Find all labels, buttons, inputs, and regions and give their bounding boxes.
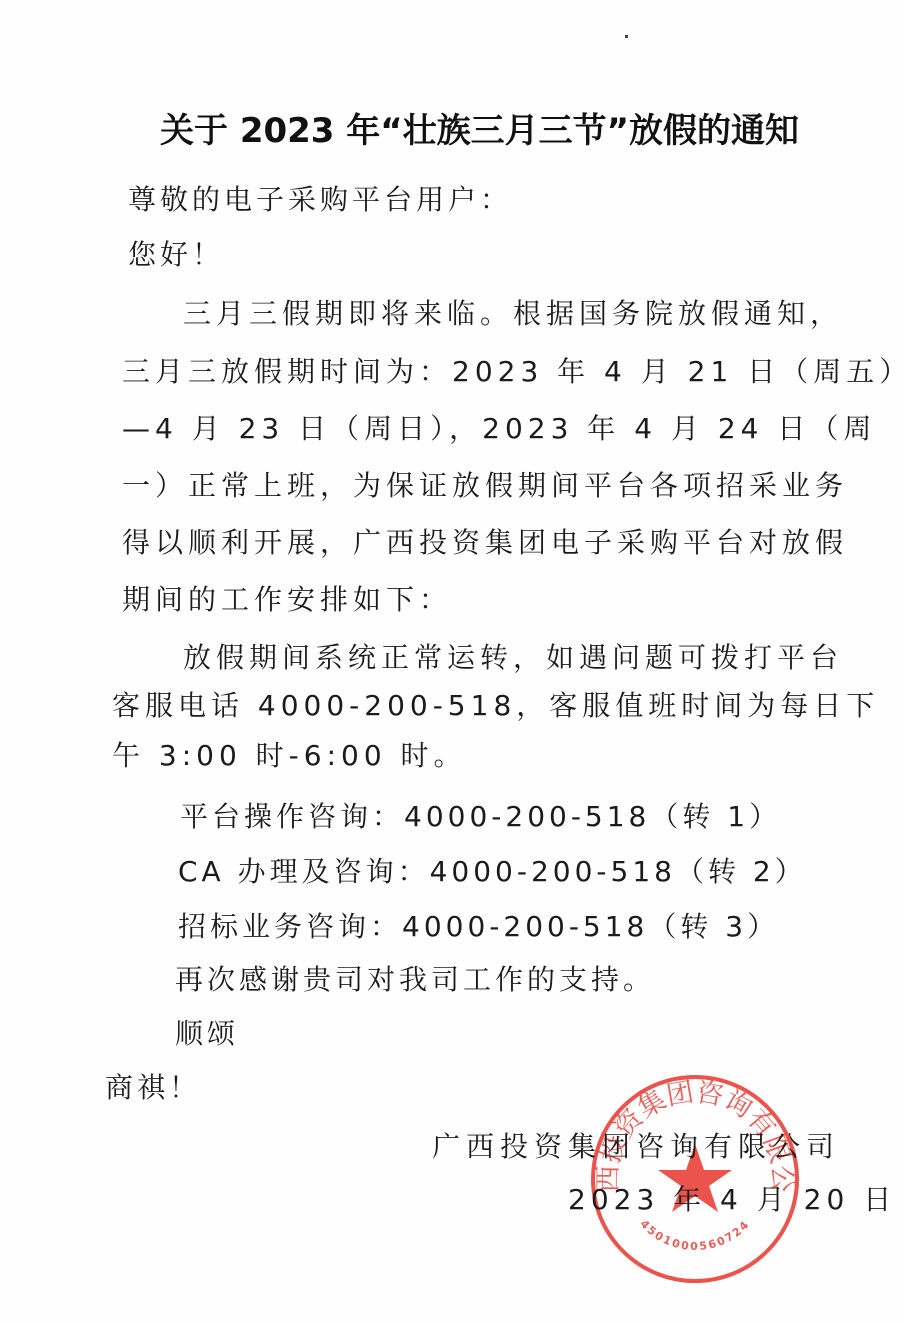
document-title: 关于 2023 年“壮族三月三节”放假的通知 (160, 103, 830, 152)
hotline-label: 招标业务咨询： (178, 910, 402, 943)
notice-page: 关于 2023 年“壮族三月三节”放假的通知 尊敬的电子采购平台用户： 您好！ … (0, 0, 904, 1324)
hotline-label: CA 办理及咨询： (178, 855, 430, 888)
hotline-number: 4000-200-518 (404, 800, 650, 833)
signature-date: 2023 年 4 月 20 日 (568, 1178, 896, 1218)
closing-line-2: 商祺！ (105, 1066, 201, 1106)
paragraph-2-line-3: 午 3:00 时-6:00 时。 (112, 734, 467, 774)
paragraph-1-line-5: 得以顺利开展，广西投资集团电子采购平台对放假 (122, 521, 848, 561)
thanks-line: 再次感谢贵司对我司工作的支持。 (175, 958, 655, 998)
hotline-label: 平台操作咨询： (180, 800, 404, 833)
paragraph-1-line-1: 三月三假期即将来临。根据国务院放假通知， (183, 292, 843, 332)
scan-speck (625, 35, 628, 38)
signature-company: 广西投资集团咨询有限公司 (432, 1125, 840, 1165)
paragraph-1-line-4: 一）正常上班，为保证放假期间平台各项招采业务 (122, 464, 848, 504)
paragraph-1-line-2: 三月三放假期时间为：2023 年 4 月 21 日（周五） (122, 350, 904, 390)
hotline-bidding: 招标业务咨询：4000-200-518（转 3） (178, 905, 779, 945)
hotline-ext: （转 2） (676, 855, 807, 888)
hotline-number: 4000-200-518 (430, 855, 676, 888)
hotline-number: 4000-200-518 (402, 910, 648, 943)
hotline-ext: （转 3） (648, 910, 779, 943)
seal-code: 4501000560724 (637, 1217, 752, 1253)
paragraph-2-line-2: 客服电话 4000-200-518，客服值班时间为每日下 (112, 684, 879, 724)
closing-line-1: 顺颂 (175, 1012, 239, 1052)
greeting: 您好！ (128, 233, 224, 273)
salutation: 尊敬的电子采购平台用户： (128, 178, 512, 218)
paragraph-1-line-6: 期间的工作安排如下： (122, 578, 452, 618)
hotline-platform: 平台操作咨询：4000-200-518（转 1） (180, 795, 781, 835)
paragraph-2-line-1: 放假期间系统正常运转，如遇问题可拨打平台 (183, 636, 843, 676)
paragraph-1-line-3: —4 月 23 日（周日），2023 年 4 月 24 日（周 (122, 407, 876, 447)
hotline-ext: （转 1） (650, 800, 781, 833)
hotline-ca: CA 办理及咨询：4000-200-518（转 2） (178, 850, 807, 890)
